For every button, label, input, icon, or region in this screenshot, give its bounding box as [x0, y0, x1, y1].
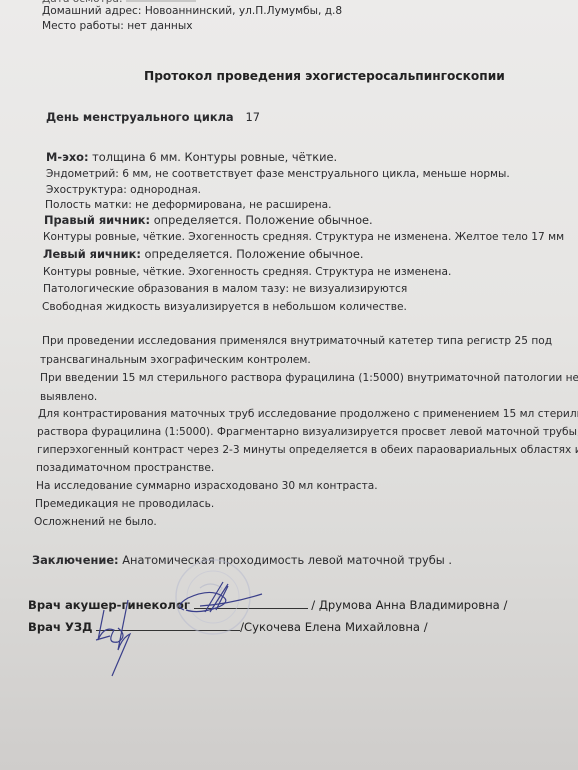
procedure-line-4: выявлено. [40, 391, 97, 404]
gynecologist-name: / Друмова Анна Владимировна / [311, 598, 507, 612]
procedure-line-6: раствора фурацилина (1:5000). Фрагментар… [37, 426, 578, 439]
cycle-day-value: 17 [246, 110, 261, 124]
procedure-line-7: гиперэхогенный контраст через 2-3 минуты… [37, 444, 578, 457]
ultrasound-name: /Сукочева Елена Михайловна / [240, 620, 427, 634]
procedure-line-11: Осложнений не было. [34, 516, 157, 529]
pelvic-formations-line: Патологические образования в малом тазу:… [43, 283, 407, 296]
left-ovary-detail: Контуры ровные, чёткие. Эхогенность сред… [43, 266, 451, 279]
left-ovary-text: определяется. Положение обычное. [141, 247, 364, 261]
gynecologist-signature-blank [194, 597, 308, 609]
echostructure-line: Эхоструктура: однородная. [46, 184, 201, 197]
page-title: Протокол проведения эхогистеросальпингос… [144, 70, 505, 83]
gynecologist-signature-line: Врач акушер-гинеколог / Друмова Анна Вла… [28, 597, 507, 612]
workplace: Место работы: нет данных [42, 20, 193, 33]
ultrasound-label: Врач УЗД [28, 620, 92, 634]
right-ovary-line: Правый яичник: определяется. Положение о… [44, 214, 373, 227]
left-ovary-line: Левый яичник: определяется. Положение об… [43, 248, 364, 261]
procedure-line-2: трансвагинальным эхографическим контроле… [40, 354, 311, 367]
m-echo-label: М-эхо: [46, 150, 89, 164]
endometrium-line: Эндометрий: 6 мм, не соответствует фазе … [46, 168, 510, 181]
procedure-line-1: При проведении исследования применялся в… [42, 335, 552, 348]
cycle-day-label: День менструального цикла [46, 110, 234, 124]
right-ovary-label: Правый яичник: [44, 213, 150, 227]
exam-date-value-cropped [126, 0, 196, 2]
ultrasound-signature-line: Врач УЗД /Сукочева Елена Михайловна / [28, 619, 428, 634]
procedure-line-8: позадиматочном пространстве. [36, 462, 214, 475]
conclusion-line: Заключение: Анатомическая проходимость л… [32, 554, 452, 567]
conclusion-text: Анатомическая проходимость левой маточно… [119, 553, 452, 567]
ultrasound-signature-blank [96, 619, 240, 631]
procedure-line-5: Для контрастирования маточных труб иссле… [38, 408, 578, 421]
procedure-line-9: На исследование суммарно израсходовано 3… [36, 480, 378, 493]
document-page: Дата осмотра: Домашний адрес: Новоаннинс… [0, 0, 578, 770]
m-echo-text: толщина 6 мм. Контуры ровные, чёткие. [89, 150, 338, 164]
left-ovary-label: Левый яичник: [43, 247, 141, 261]
procedure-line-10: Премедикация не проводилась. [35, 498, 214, 511]
uterine-cavity-line: Полость матки: не деформирована, не расш… [45, 199, 332, 212]
conclusion-label: Заключение: [32, 553, 119, 567]
m-echo-line: М-эхо: толщина 6 мм. Контуры ровные, чёт… [46, 151, 337, 164]
right-ovary-text: определяется. Положение обычное. [150, 213, 373, 227]
free-fluid-line: Свободная жидкость визуализируется в неб… [42, 301, 407, 314]
right-ovary-detail: Контуры ровные, чёткие. Эхогенность сред… [43, 231, 564, 244]
home-address: Домашний адрес: Новоаннинский, ул.П.Луму… [42, 5, 342, 18]
procedure-line-3: При введении 15 мл стерильного раствора … [40, 372, 578, 385]
cycle-day: День менструального цикла 17 [46, 111, 260, 124]
gynecologist-label: Врач акушер-гинеколог [28, 598, 190, 612]
